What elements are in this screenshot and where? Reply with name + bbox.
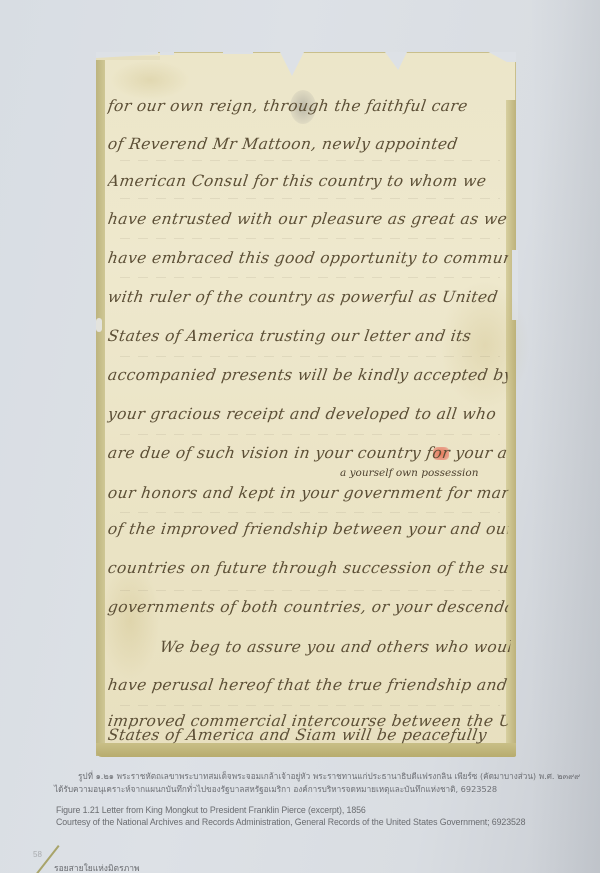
handwritten-line: have perusal hereof that the true friend… (107, 676, 510, 694)
bleed-through (120, 160, 500, 161)
handwritten-line: We beg to assure you and others who woul… (159, 638, 512, 656)
paper-stain (110, 60, 190, 100)
handwritten-line: with ruler of the country as powerful as… (107, 288, 510, 306)
caption-english-line-1: Figure 1.21 Letter from King Mongkut to … (56, 805, 366, 815)
handwritten-line: States of America trusting our letter an… (107, 327, 510, 345)
caption-english-line-2: Courtesy of the National Archives and Re… (56, 817, 525, 827)
bleed-through (120, 238, 500, 239)
torn-notch (96, 318, 102, 332)
running-title: รอยสายใยแห่งมิตรภาพ (54, 861, 140, 873)
page-shadow (530, 0, 600, 873)
handwritten-line: have embraced this good opportunity to c… (107, 249, 510, 267)
bleed-through (120, 705, 500, 706)
torn-notch (223, 52, 253, 54)
handwritten-line: are due of such vision in your country f… (107, 444, 510, 462)
handwritten-line: of the improved friendship between your … (107, 520, 510, 538)
handwritten-line: for our own reign, through the faithful … (107, 97, 510, 115)
caption-thai-line-2: ได้รับความอนุเคราะห์จากแผนกบันทึกทั่วไปข… (54, 783, 497, 796)
torn-notch (160, 52, 174, 55)
handwritten-line: countries on future through succession o… (107, 559, 510, 577)
bleed-through (120, 356, 500, 357)
handwritten-line: our honors and kept in your government f… (107, 484, 510, 502)
page-number: 58 (33, 850, 42, 859)
handwritten-line: governments of both countries, or your d… (107, 598, 510, 616)
handwritten-line: accompanied presents will be kindly acce… (107, 366, 510, 384)
handwritten-line: American Consul for this country to whom… (107, 172, 510, 190)
handwritten-line: your gracious receipt and developed to a… (107, 405, 510, 423)
handwritten-line-last: States of America and Siam will be peace… (107, 726, 510, 744)
caption-thai-line-1: รูปที่ ๑.๒๑ พระราชหัตถเลขาพระบาทสมเด็จพร… (78, 770, 580, 783)
handwritten-line: of Reverend Mr Mattoon, newly appointed (107, 135, 510, 153)
bleed-through (120, 198, 500, 199)
handwritten-line: have entrusted with our pleasure as grea… (107, 210, 510, 228)
bleed-through (120, 590, 500, 591)
torn-edge (96, 44, 516, 58)
paper-stain (100, 560, 160, 680)
bleed-through (120, 512, 500, 513)
manuscript-bottom-edge (96, 743, 516, 757)
bleed-through (120, 434, 500, 435)
inserted-annotation: a yourself own possession (340, 467, 478, 479)
bleed-through (120, 277, 500, 278)
